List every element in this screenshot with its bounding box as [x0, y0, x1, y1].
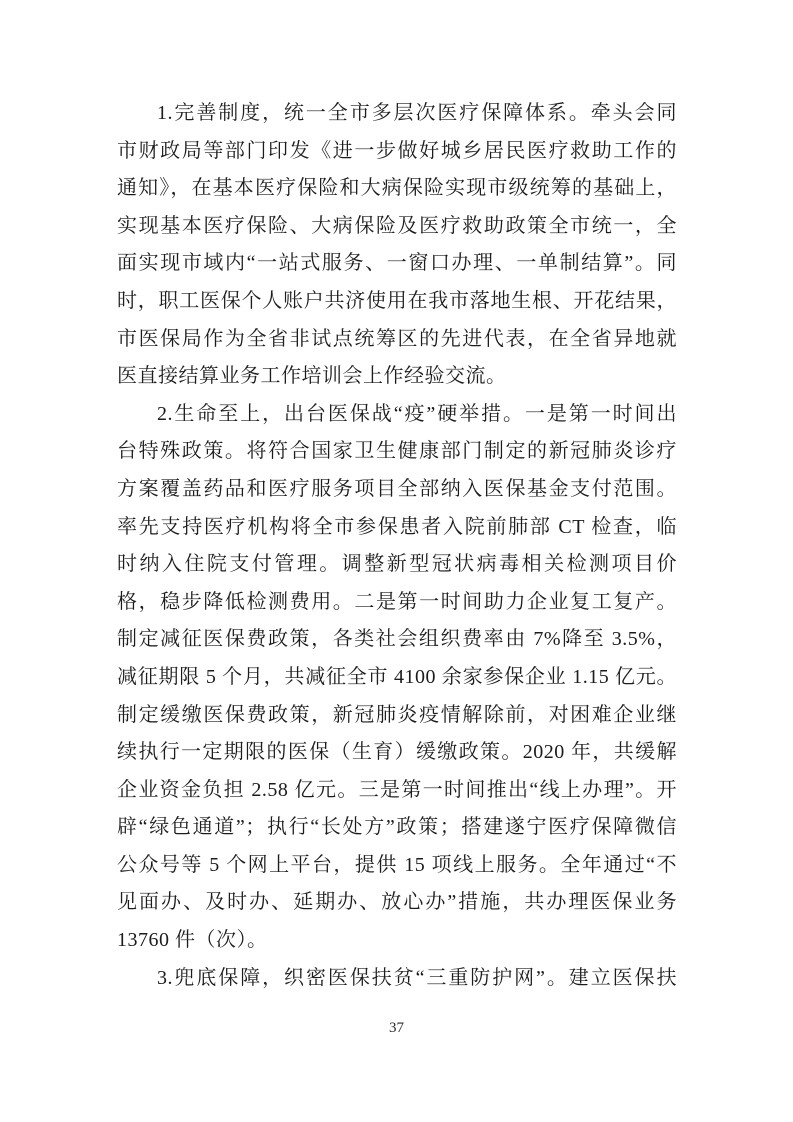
text-line: 13760 件（次）。: [117, 922, 677, 960]
text-line: 制定缓缴医保费政策，新冠肺炎疫情解除前，对困难企业继: [117, 697, 677, 735]
document-page: 1.完善制度，统一全市多层次医疗保障体系。牵头会同 市财政局等部门印发《进一步做…: [0, 0, 793, 1122]
paragraph-3: 3.兜底保障，织密医保扶贫“三重防护网”。建立医保扶: [117, 960, 677, 998]
text-line: 台特殊政策。将符合国家卫生健康部门制定的新冠肺炎诊疗: [117, 433, 677, 471]
text-line: 制定减征医保费政策，各类社会组织费率由 7%降至 3.5%，: [117, 621, 677, 659]
text-line: 减征期限 5 个月，共减征全市 4100 余家参保企业 1.15 亿元。: [117, 659, 677, 697]
paragraph-1: 1.完善制度，统一全市多层次医疗保障体系。牵头会同 市财政局等部门印发《进一步做…: [117, 95, 677, 396]
text-line: 3.兜底保障，织密医保扶贫“三重防护网”。建立医保扶: [117, 960, 677, 998]
text-line: 市医保局作为全省非试点统筹区的先进代表，在全省异地就: [117, 321, 677, 359]
text-line: 时，职工医保个人账户共济使用在我市落地生根、开花结果，: [117, 283, 677, 321]
text-line: 率先支持医疗机构将全市参保患者入院前肺部 CT 检查，临: [117, 509, 677, 547]
text-line: 2.生命至上，出台医保战“疫”硬举措。一是第一时间出: [117, 396, 677, 434]
text-line: 公众号等 5 个网上平台，提供 15 项线上服务。全年通过“不: [117, 847, 677, 885]
text-line: 1.完善制度，统一全市多层次医疗保障体系。牵头会同: [117, 95, 677, 133]
page-number: 37: [0, 1020, 793, 1037]
text-line: 见面办、及时办、延期办、放心办”措施，共办理医保业务: [117, 884, 677, 922]
text-line: 时纳入住院支付管理。调整新型冠状病毒相关检测项目价: [117, 546, 677, 584]
text-line: 方案覆盖药品和医疗服务项目全部纳入医保基金支付范围。: [117, 471, 677, 509]
text-line: 市财政局等部门印发《进一步做好城乡居民医疗救助工作的: [117, 133, 677, 171]
text-line: 格，稳步降低检测费用。二是第一时间助力企业复工复产。: [117, 584, 677, 622]
document-body: 1.完善制度，统一全市多层次医疗保障体系。牵头会同 市财政局等部门印发《进一步做…: [117, 95, 677, 997]
text-line: 实现基本医疗保险、大病保险及医疗救助政策全市统一，全: [117, 208, 677, 246]
text-line: 医直接结算业务工作培训会上作经验交流。: [117, 358, 677, 396]
paragraph-2: 2.生命至上，出台医保战“疫”硬举措。一是第一时间出 台特殊政策。将符合国家卫生…: [117, 396, 677, 960]
text-line: 辟“绿色通道”；执行“长处方”政策；搭建遂宁医疗保障微信: [117, 809, 677, 847]
text-line: 面实现市域内“一站式服务、一窗口办理、一单制结算”。同: [117, 245, 677, 283]
text-line: 企业资金负担 2.58 亿元。三是第一时间推出“线上办理”。开: [117, 772, 677, 810]
text-line: 通知》，在基本医疗保险和大病保险实现市级统筹的基础上，: [117, 170, 677, 208]
text-line: 续执行一定期限的医保（生育）缓缴政策。2020 年，共缓解: [117, 734, 677, 772]
